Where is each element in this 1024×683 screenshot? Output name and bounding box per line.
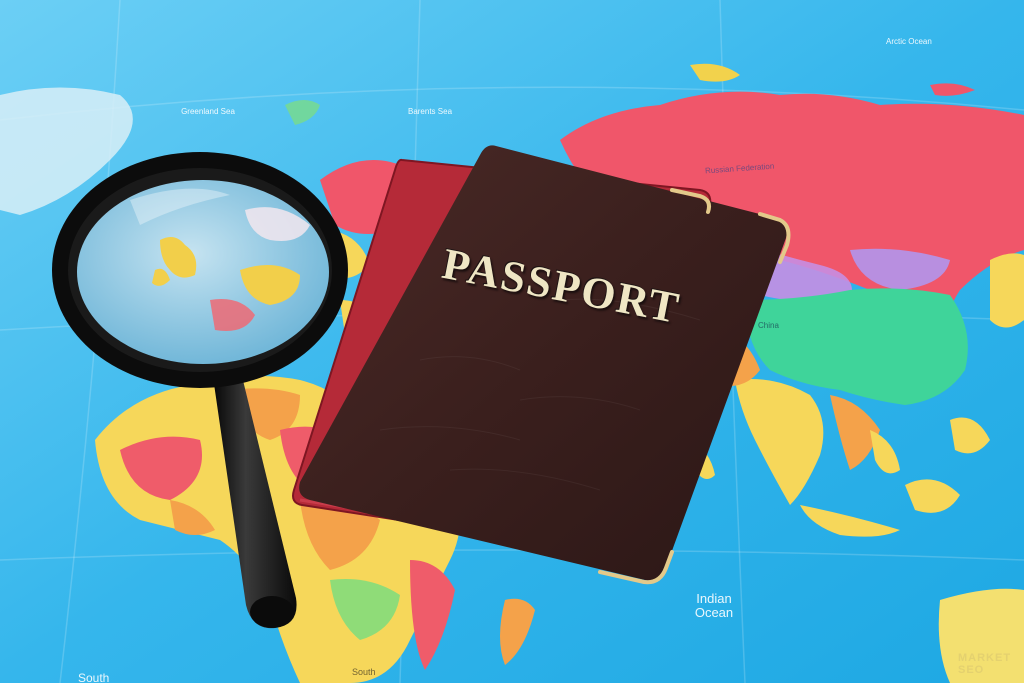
label-indian-ocean: Indian Ocean [684,592,744,619]
photo-scene: Arctic Ocean Greenland Sea Barents Sea R… [0,0,1024,683]
label-greenland-sea: Greenland Sea [178,108,238,116]
world-map-background [0,0,1024,683]
label-china: China [758,322,779,330]
watermark: MARKET SEO [958,652,1024,676]
label-south-africa: South [352,668,376,677]
label-barents-sea: Barents Sea [405,108,455,116]
label-south-atlantic: South [78,672,109,683]
label-indian-ocean-line2: Ocean [695,605,733,620]
label-arctic-ocean: Arctic Ocean [886,38,932,46]
